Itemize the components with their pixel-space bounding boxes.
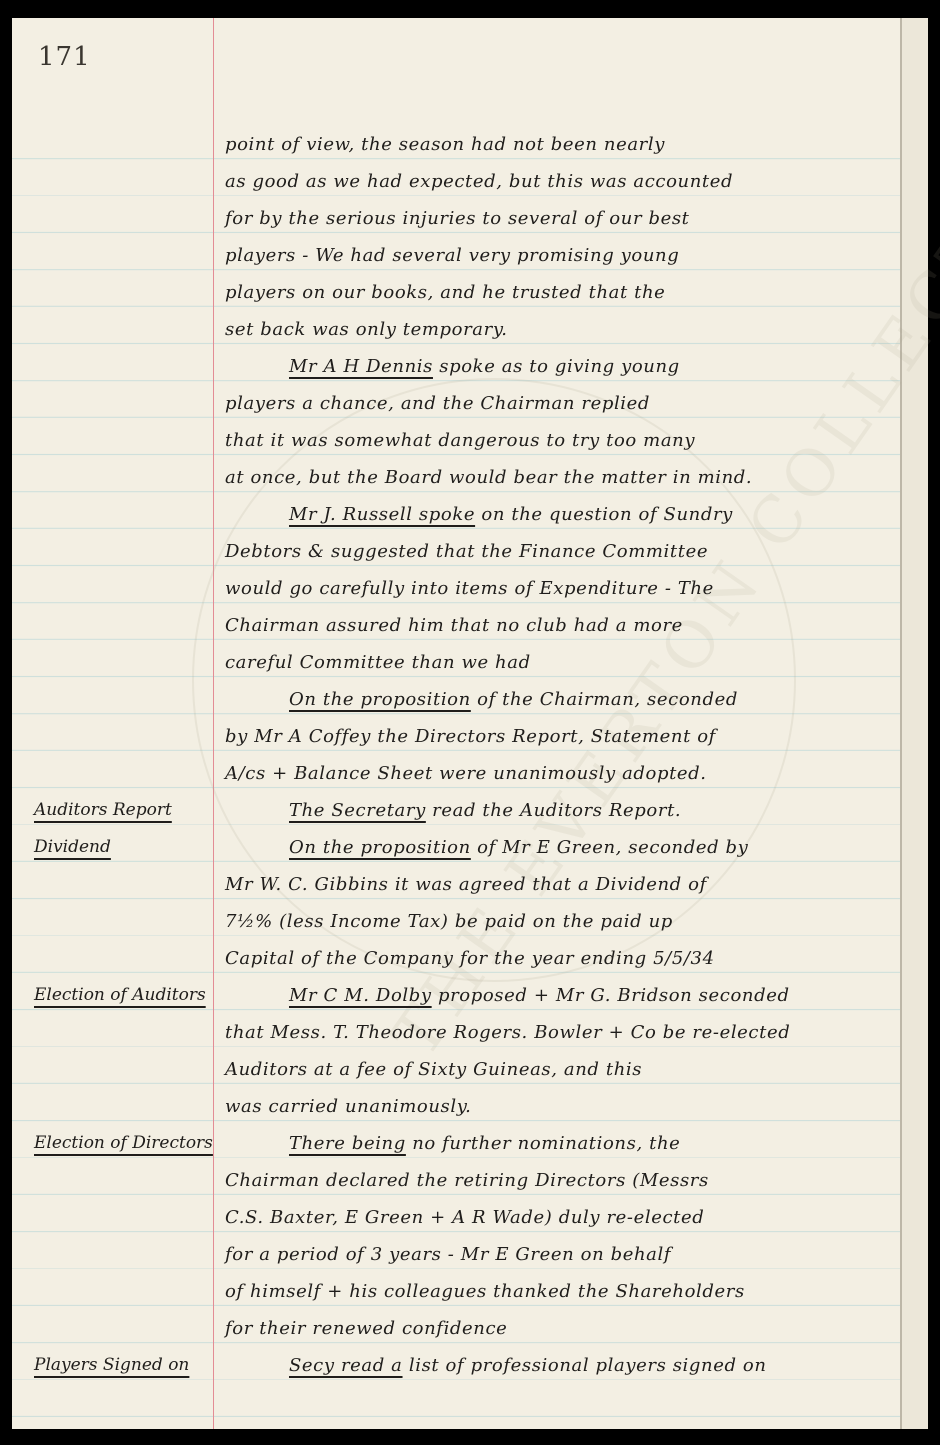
line-text: by Mr A Coffey the Directors Report, Sta… [225,726,716,747]
minutes-line: Secy read a list of professional players… [225,1347,905,1384]
line-text: players - We had several very promising … [225,245,679,266]
line-text: C.S. Baxter, E Green + A R Wade) duly re… [225,1207,704,1228]
minutes-line: Chairman assured him that no club had a … [225,607,905,644]
minutes-line: would go carefully into items of Expendi… [225,570,905,607]
line-text: point of view, the season had not been n… [225,134,665,155]
underlined-lead: Secy read a [289,1355,403,1376]
minutes-line: There being no further nominations, the [225,1125,905,1162]
minutes-line: that Mess. T. Theodore Rogers. Bowler + … [225,1014,905,1051]
underlined-lead: On the proposition [289,837,471,858]
margin-heading: Players Signed on [34,1347,189,1384]
line-text: no further nominations, the [406,1133,681,1154]
minutes-line: Mr W. C. Gibbins it was agreed that a Di… [225,866,905,903]
page-number: 171 [38,42,91,72]
minutes-line: by Mr A Coffey the Directors Report, Sta… [225,718,905,755]
line-text: was carried unanimously. [225,1096,471,1117]
line-text: read the Auditors Report. [426,800,681,821]
line-text: Capital of the Company for the year endi… [225,948,715,969]
minutes-line: was carried unanimously. [225,1088,905,1125]
minutes-line: The Secretary read the Auditors Report. [225,792,905,829]
line-text: list of professional players signed on [403,1355,767,1376]
line-text: on the question of Sundry [475,504,733,525]
line-text: of himself + his colleagues thanked the … [225,1281,745,1302]
line-text: at once, but the Board would bear the ma… [225,467,752,488]
minutes-line: of himself + his colleagues thanked the … [225,1273,905,1310]
underlined-lead: The Secretary [289,800,426,821]
line-text: Chairman assured him that no club had a … [225,615,683,636]
minutes-body: point of view, the season had not been n… [225,126,905,1384]
minutes-line: players a chance, and the Chairman repli… [225,385,905,422]
line-text: players a chance, and the Chairman repli… [225,393,650,414]
line-text: of Mr E Green, seconded by [471,837,749,858]
minutes-line: set back was only temporary. [225,311,905,348]
minutes-line: Mr C M. Dolby proposed + Mr G. Bridson s… [225,977,905,1014]
line-text: set back was only temporary. [225,319,508,340]
line-text: careful Committee than we had [225,652,531,673]
minutes-line: Capital of the Company for the year endi… [225,940,905,977]
underlined-lead: Mr A H Dennis [289,356,433,377]
minutes-line: Mr A H Dennis spoke as to giving young [225,348,905,385]
line-text: Debtors & suggested that the Finance Com… [225,541,708,562]
ledger-page: THE EVERTON COLLECTION 171 Auditors Repo… [12,18,928,1429]
line-text: for by the serious injuries to several o… [225,208,690,229]
margin-heading: Auditors Report [34,792,172,829]
line-text: proposed + Mr G. Bridson seconded [432,985,790,1006]
line-text: for a period of 3 years - Mr E Green on … [225,1244,671,1265]
margin-rule [213,18,214,1429]
line-text: players on our books, and he trusted tha… [225,282,665,303]
minutes-line: 7½% (less Income Tax) be paid on the pai… [225,903,905,940]
line-text: would go carefully into items of Expendi… [225,578,714,599]
minutes-line: for a period of 3 years - Mr E Green on … [225,1236,905,1273]
margin-heading: Dividend [34,829,111,866]
underlined-lead: There being [289,1133,406,1154]
minutes-line: point of view, the season had not been n… [225,126,905,163]
line-text: 7½% (less Income Tax) be paid on the pai… [225,911,673,932]
line-text: as good as we had expected, but this was… [225,171,733,192]
minutes-line: players - We had several very promising … [225,237,905,274]
minutes-line: players on our books, and he trusted tha… [225,274,905,311]
minutes-line: careful Committee than we had [225,644,905,681]
line-text: Auditors at a fee of Sixty Guineas, and … [225,1059,642,1080]
line-text: Mr W. C. Gibbins it was agreed that a Di… [225,874,707,895]
underlined-lead: Mr C M. Dolby [289,985,432,1006]
line-text: that Mess. T. Theodore Rogers. Bowler + … [225,1022,790,1043]
minutes-line: for by the serious injuries to several o… [225,200,905,237]
margin-heading: Election of Directors [34,1125,213,1162]
minutes-line: Mr J. Russell spoke on the question of S… [225,496,905,533]
minutes-line: that it was somewhat dangerous to try to… [225,422,905,459]
margin-heading: Election of Auditors [34,977,206,1014]
minutes-line: Chairman declared the retiring Directors… [225,1162,905,1199]
minutes-line: A/cs + Balance Sheet were unanimously ad… [225,755,905,792]
minutes-line: as good as we had expected, but this was… [225,163,905,200]
minutes-line: On the proposition of Mr E Green, second… [225,829,905,866]
line-text: of the Chairman, seconded [471,689,738,710]
line-text: spoke as to giving young [433,356,680,377]
minutes-line: C.S. Baxter, E Green + A R Wade) duly re… [225,1199,905,1236]
line-text: for their renewed confidence [225,1318,507,1339]
line-text: Chairman declared the retiring Directors… [225,1170,709,1191]
minutes-line: Debtors & suggested that the Finance Com… [225,533,905,570]
minutes-line: at once, but the Board would bear the ma… [225,459,905,496]
underlined-lead: On the proposition [289,689,471,710]
line-text: A/cs + Balance Sheet were unanimously ad… [225,763,707,784]
binding-shade [902,18,928,1429]
underlined-lead: Mr J. Russell spoke [289,504,475,525]
minutes-line: Auditors at a fee of Sixty Guineas, and … [225,1051,905,1088]
minutes-line: for their renewed confidence [225,1310,905,1347]
minutes-line: On the proposition of the Chairman, seco… [225,681,905,718]
line-text: that it was somewhat dangerous to try to… [225,430,695,451]
